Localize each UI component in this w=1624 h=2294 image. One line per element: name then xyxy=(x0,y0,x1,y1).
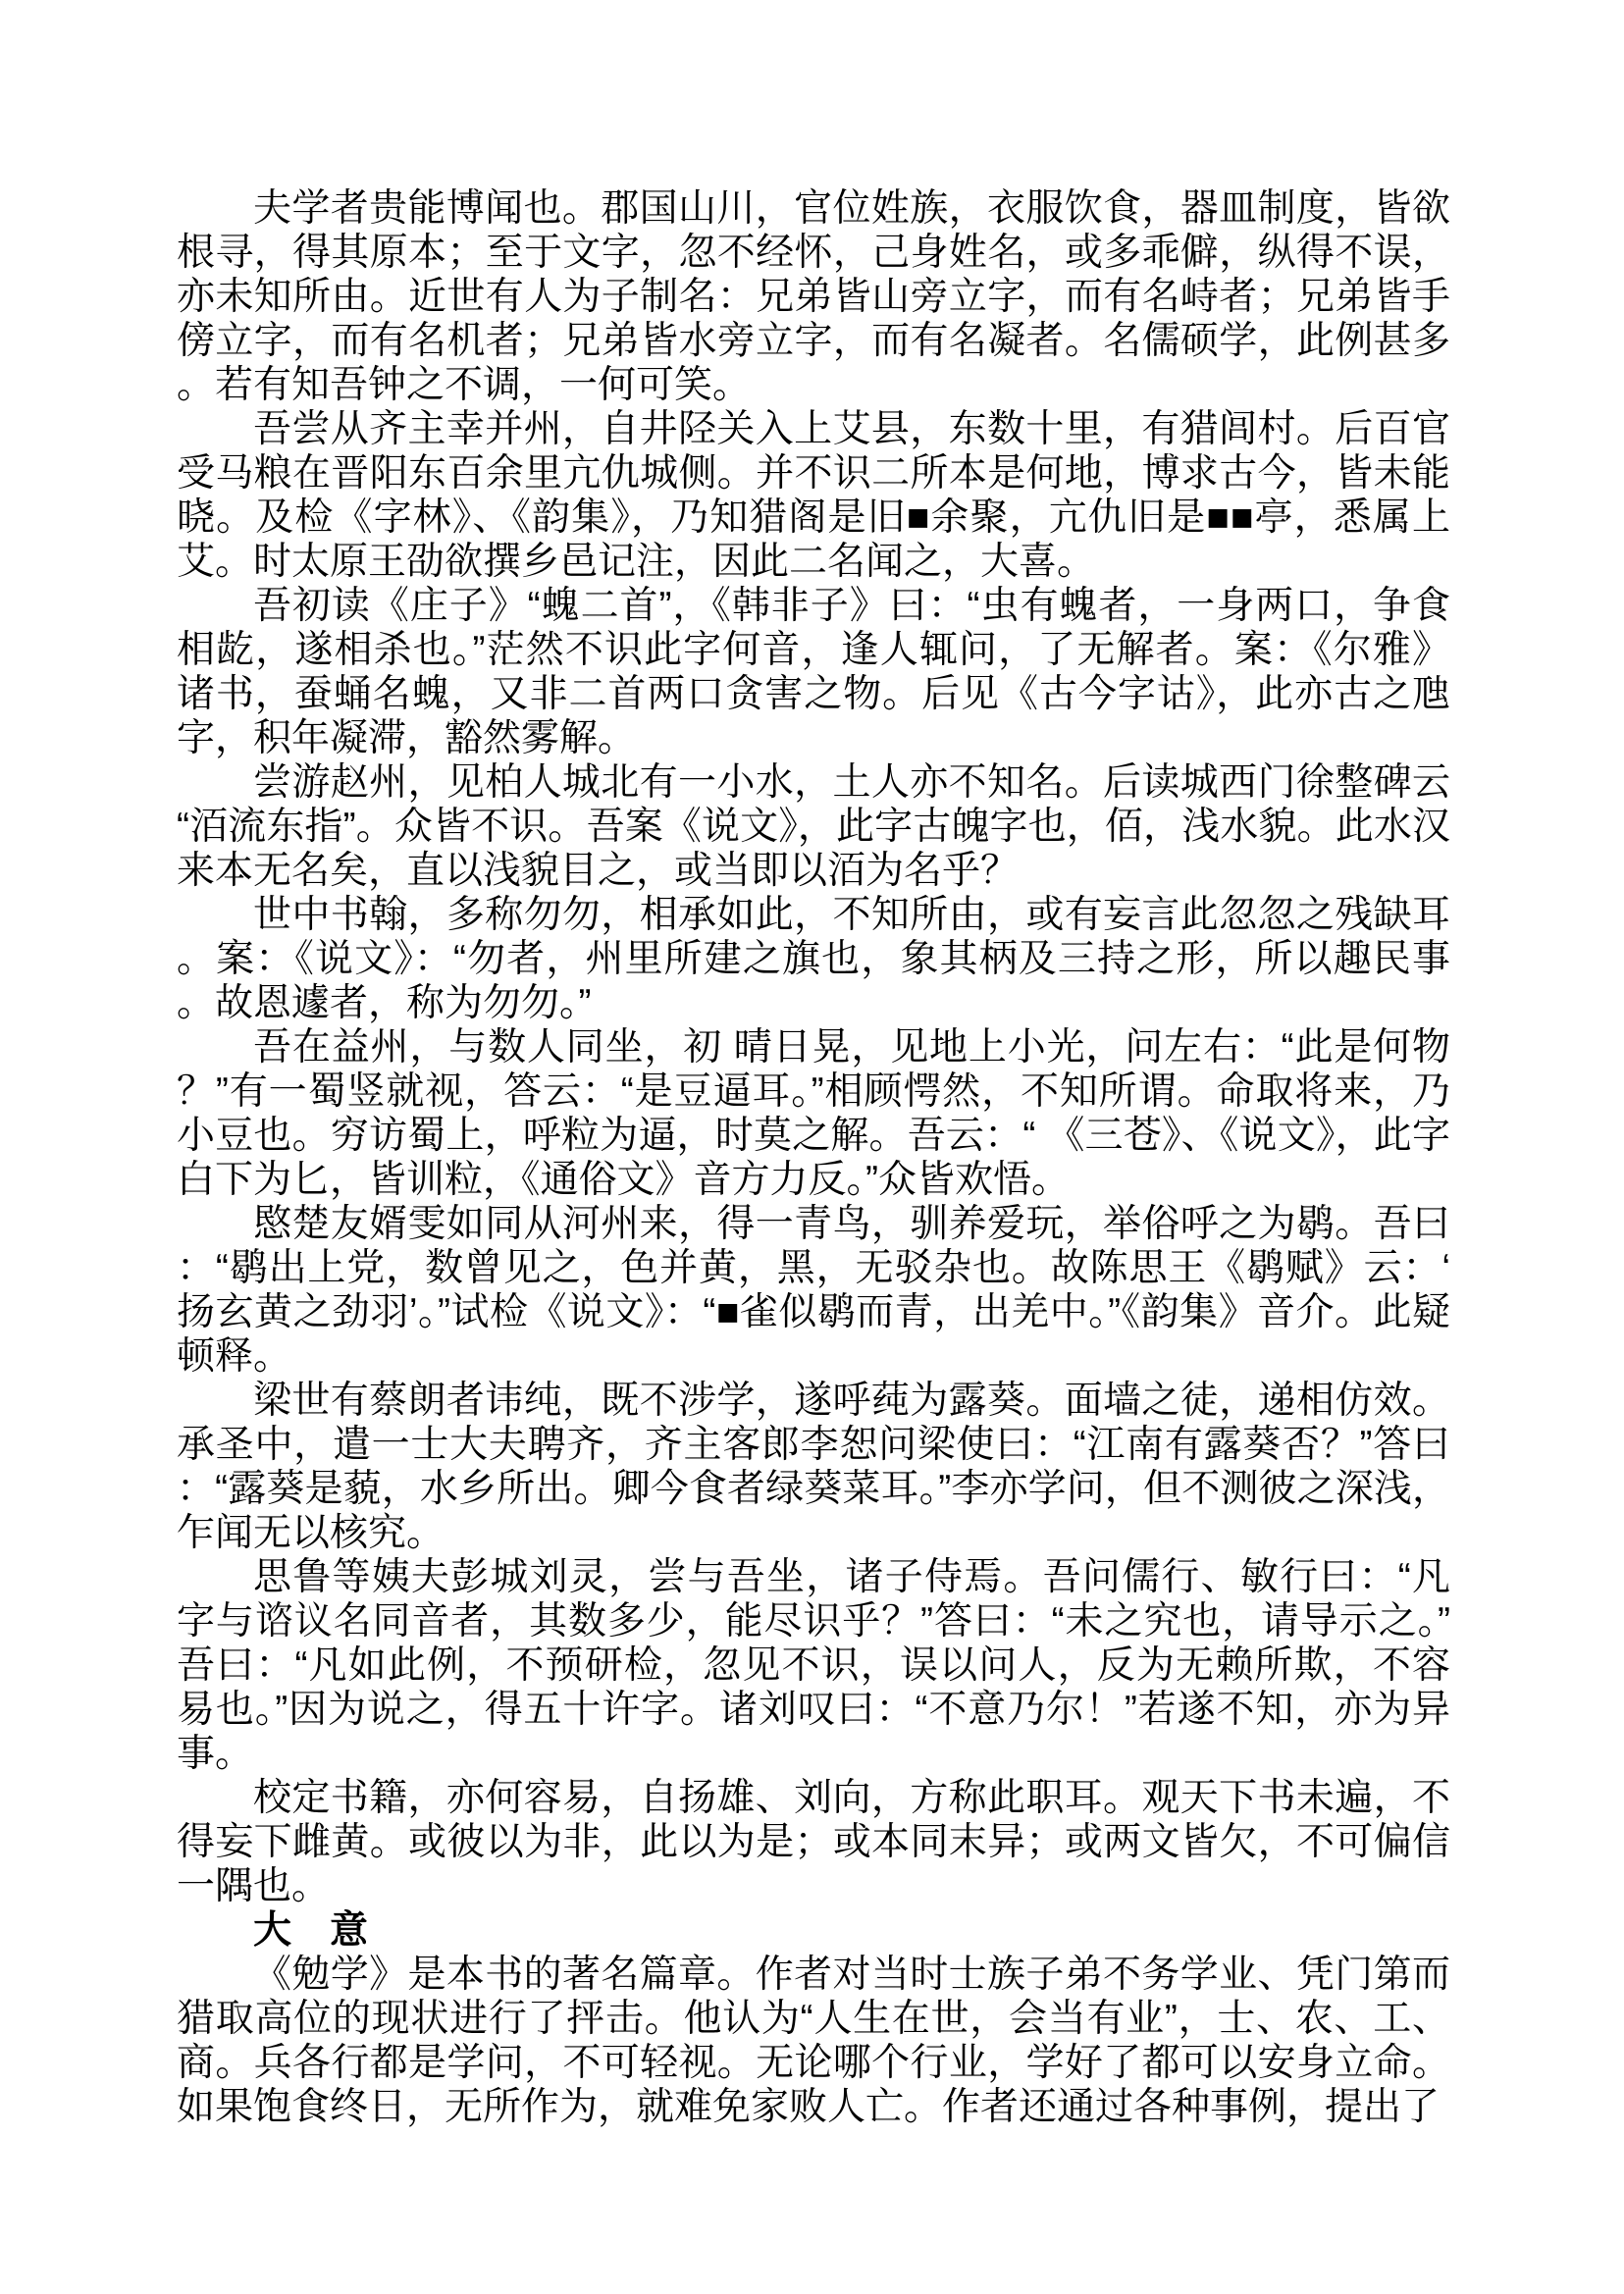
paragraph: 吾初读《庄子》“螝二首”，《韩非子》曰：“虫有螝者，一身两口，争食相龁，遂相杀也… xyxy=(177,584,1450,760)
paragraph: 尝游赵州，见柏人城北有一小水，土人亦不知名。后读城西门徐整碑云“洦流东指”。众皆… xyxy=(177,760,1450,893)
section-heading: 大 意 xyxy=(177,1908,1450,1953)
paragraph: 思鲁等姨夫彭城刘灵，尝与吾坐，诸子侍焉。吾问儒行、敏行曰：“凡字与谘议名同音者，… xyxy=(177,1555,1450,1776)
paragraph: 校定书籍，亦何容易，自扬雄、刘向，方称此职耳。观天下书未遍，不得妄下雌黄。或彼以… xyxy=(177,1776,1450,1908)
text-block: 夫学者贵能博闻也。郡国山川，官位姓族，衣服饮食，器皿制度，皆欲根寻，得其原本；至… xyxy=(177,186,1450,2129)
paragraph: 梁世有蔡朗者讳纯，既不涉学，遂呼莼为露葵。面墙之徒，递相仿效。承圣中，遣一士大夫… xyxy=(177,1379,1450,1555)
paragraph: 吾尝从齐主幸并州，自井陉关入上艾县，东数十里，有猎闾村。后百官受马粮在晋阳东百余… xyxy=(177,407,1450,584)
paragraph: 夫学者贵能博闻也。郡国山川，官位姓族，衣服饮食，器皿制度，皆欲根寻，得其原本；至… xyxy=(177,186,1450,407)
paragraph: 吾在益州，与数人同坐，初 晴日晃，见地上小光，问左右：“此是何物？”有一蜀竖就视… xyxy=(177,1025,1450,1202)
paragraph: 愍楚友婿雯如同从河州来，得一青鸟，驯养爱玩，举俗呼之为鹖。吾曰：“鹖出上党，数曾… xyxy=(177,1202,1450,1379)
document-page: 夫学者贵能博闻也。郡国山川，官位姓族，衣服饮食，器皿制度，皆欲根寻，得其原本；至… xyxy=(0,0,1624,2294)
paragraph: 世中书翰，多称勿勿，相承如此，不知所由，或有妄言此忽忽之残缺耳。案：《说文》：“… xyxy=(177,893,1450,1025)
paragraph: 《勉学》是本书的著名篇章。作者对当时士族子弟不务学业、凭门第而猎取高位的现状进行… xyxy=(177,1953,1450,2129)
